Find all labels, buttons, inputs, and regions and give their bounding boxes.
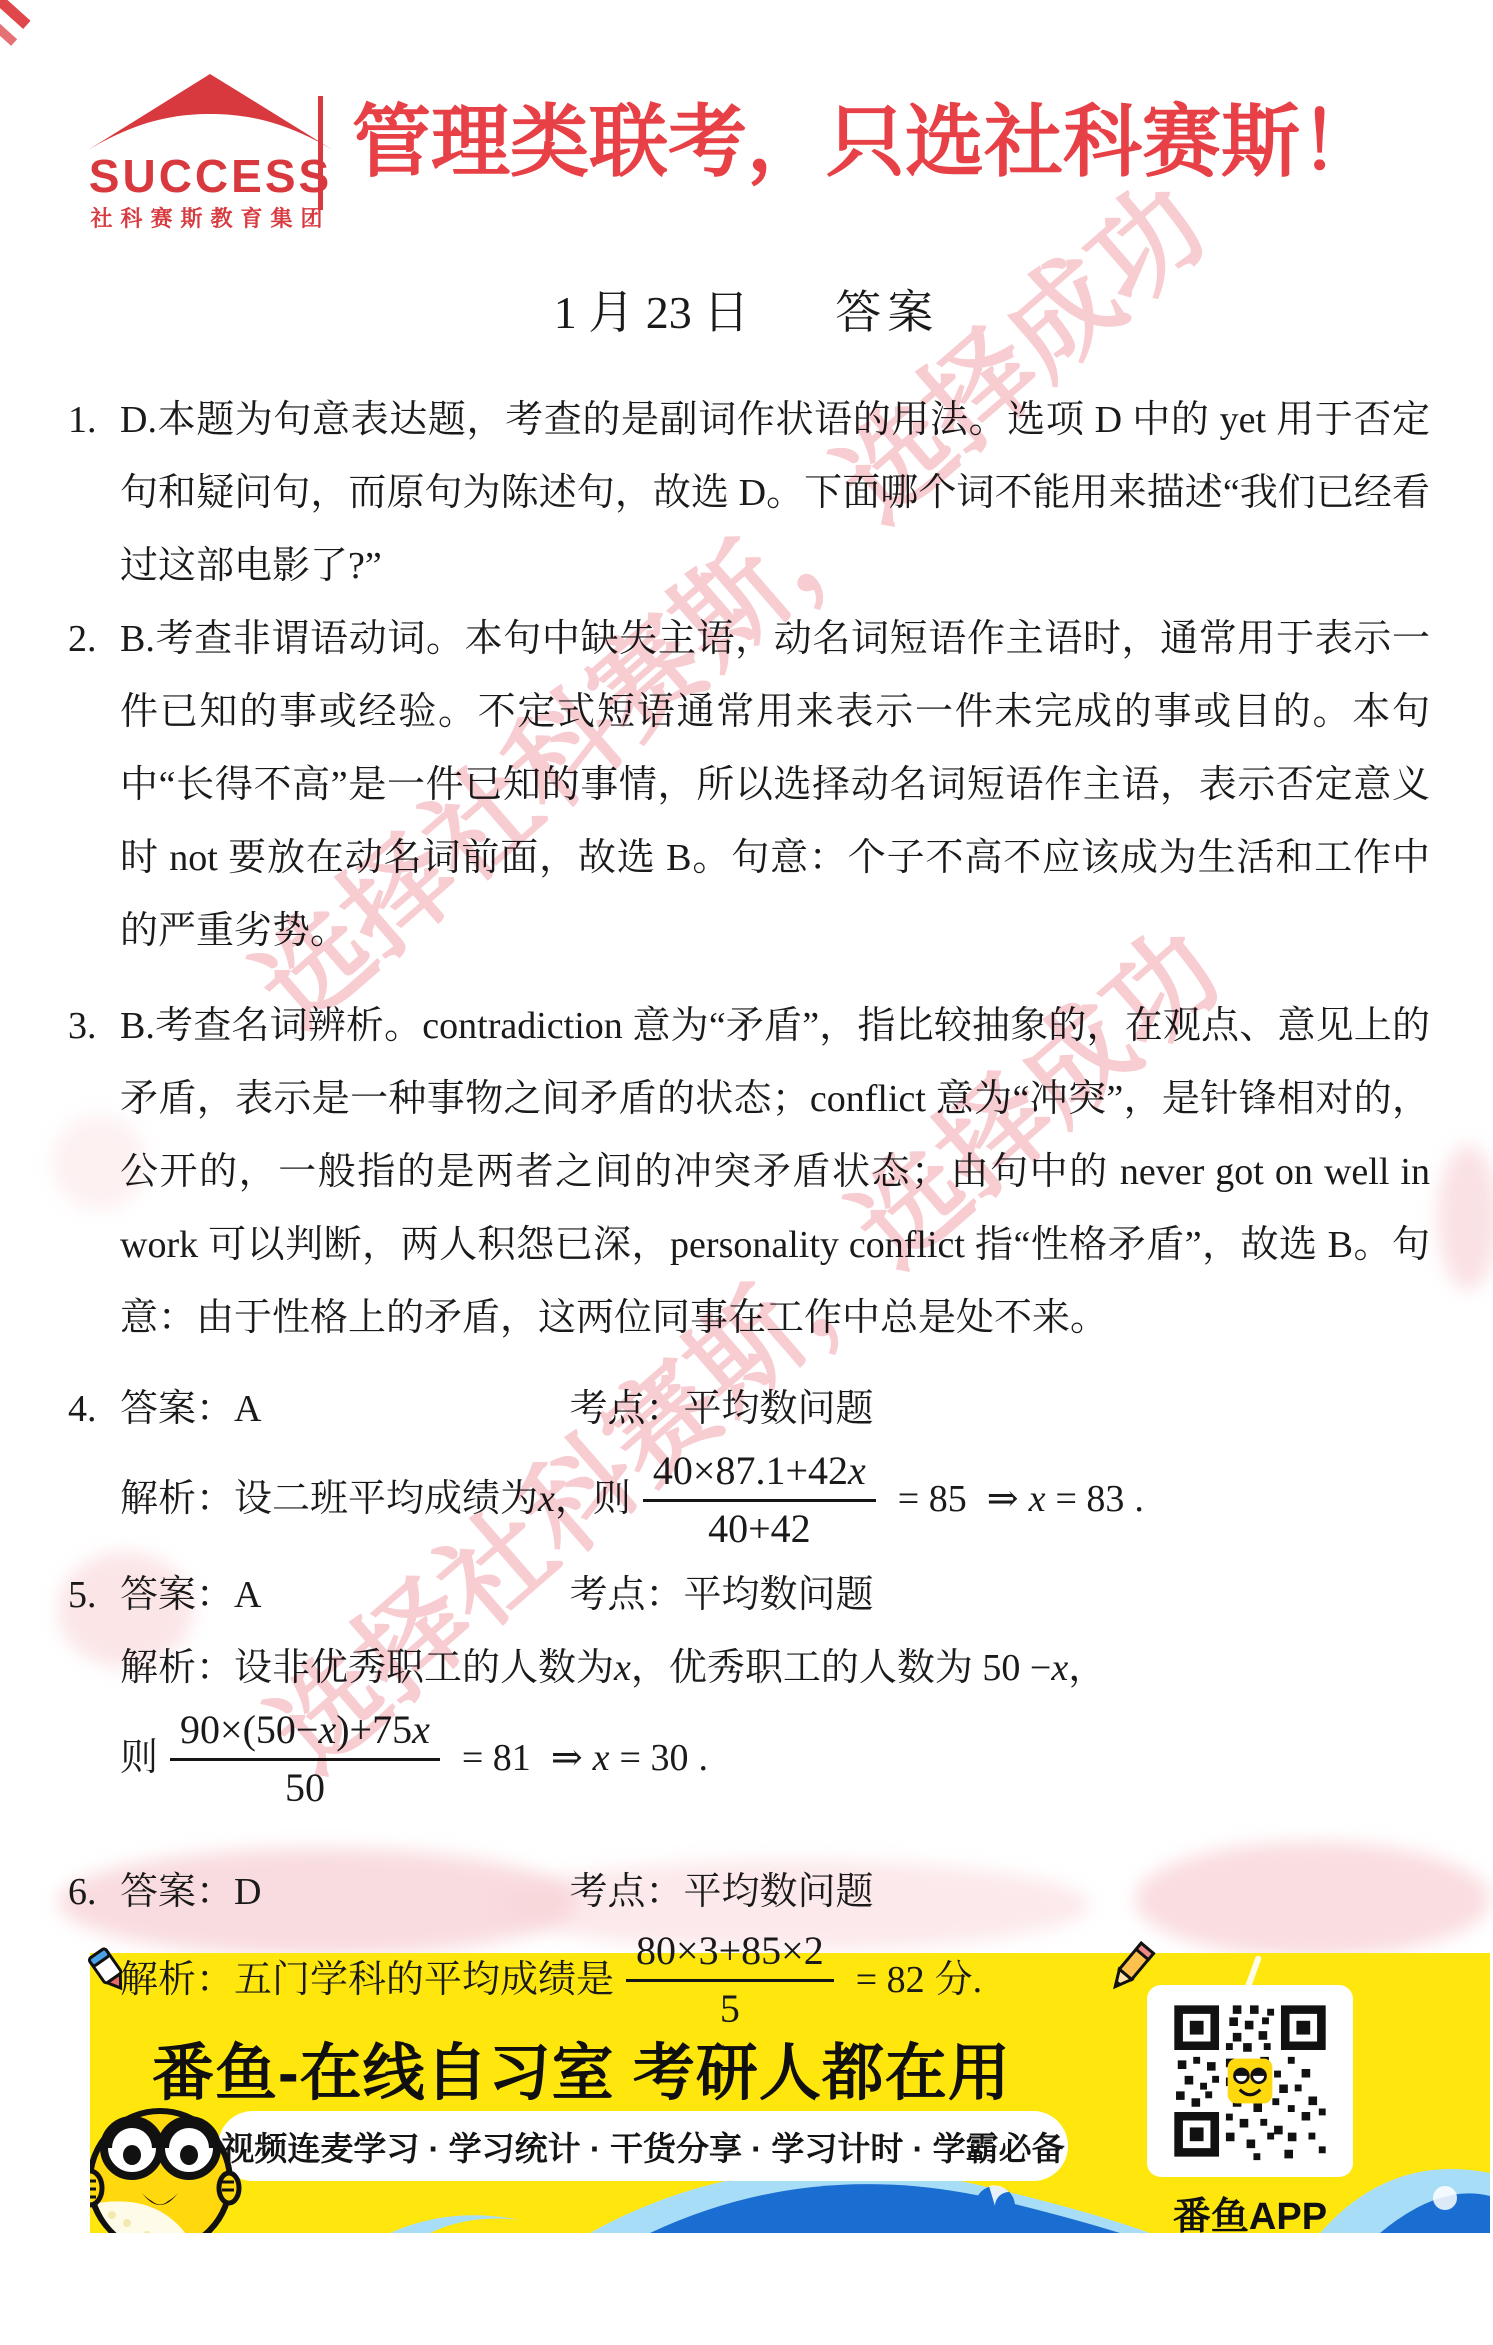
corner-brush-mark xyxy=(0,0,31,29)
answer-item-1: 1. D.本题为句意表达题，考查的是副词作状语的用法。选项 D 中的 yet 用… xyxy=(68,384,1430,603)
math-variable: x xyxy=(1029,1477,1046,1523)
solution-formula: 解析：设二班平均成绩为 x ，则 40×87.1+42x 40+42 = 85 … xyxy=(120,1446,1430,1554)
math-variable: x xyxy=(848,1449,866,1494)
math-variable: x xyxy=(538,1477,555,1523)
item-text: D.本题为句意表达题，考查的是副词作状语的用法。选项 D 中的 yet 用于否定… xyxy=(120,384,1430,603)
fraction-denominator: 40+42 xyxy=(708,1502,811,1552)
solution-text: 解析：设二班平均成绩为 xyxy=(120,1477,538,1523)
fraction: 40×87.1+42x 40+42 xyxy=(643,1449,876,1552)
unit-label: 分 xyxy=(935,1958,973,2004)
qr-caption: 番鱼APP xyxy=(1147,2185,1353,2233)
item-number: 3. xyxy=(68,990,120,1063)
fraction-denominator: 50 xyxy=(285,1761,325,1811)
period: . xyxy=(973,1958,983,2004)
title-label: 答案 xyxy=(835,276,939,342)
answer-label: 答案：D xyxy=(120,1856,560,1929)
item-number: 4. xyxy=(68,1373,120,1446)
answer-label: 答案：A xyxy=(120,1373,560,1446)
fraction-numerator: 40×87.1+42 xyxy=(653,1449,848,1494)
crayon-icon xyxy=(86,1944,130,1996)
fraction: 90×(50−x)+75x 50 xyxy=(170,1708,440,1811)
answer-item-2: 2. B.考查非谓语动词。本句中缺失主语，动名词短语作主语时，通常用于表示一件已… xyxy=(68,603,1430,968)
solution-formula: 解析：五门学科的平均成绩是 80×3+85×2 5 = 82 分 . xyxy=(120,1929,1430,2032)
answer-item-5: 5. 答案：A 考点：平均数问题 解析：设非优秀职工的人数为x，优秀职工的人数为… xyxy=(68,1559,1430,1813)
solution-formula: 则 90×(50−x)+75x 50 = 81 ⇒ x = 30 . xyxy=(120,1705,1430,1813)
fraction-numerator: 80×3+85×2 xyxy=(636,1929,824,1974)
solution-text: 解析：设非优秀职工的人数为 xyxy=(120,1647,614,1689)
pencil-icon xyxy=(1098,1938,1162,2000)
success-logo: SUCCESS 社科赛斯教育集团 xyxy=(88,72,333,233)
implies-arrow: ⇒ xyxy=(987,1477,1019,1523)
page-title: 1 月 23 日 答案 xyxy=(0,276,1493,342)
answer-item-4: 4. 答案：A 考点：平均数问题 解析：设二班平均成绩为 x ，则 40×87.… xyxy=(68,1373,1430,1554)
logo-roof-icon xyxy=(88,72,333,160)
logo-brand-subtitle: 社科赛斯教育集团 xyxy=(88,202,333,233)
item-number: 2. xyxy=(68,603,120,676)
implies-arrow: ⇒ xyxy=(551,1736,583,1782)
period: . xyxy=(698,1736,708,1782)
math-operator: = 81 xyxy=(462,1736,531,1782)
header-slogan: 管理类联考，只选社科赛斯！ xyxy=(352,100,1492,184)
math-operator: = 30 xyxy=(620,1736,689,1782)
solution-text: 则 xyxy=(120,1736,158,1782)
math-variable: x xyxy=(412,1708,430,1753)
solution-text: ，则 xyxy=(555,1477,631,1523)
topic-label: 考点：平均数问题 xyxy=(570,1388,874,1430)
answers-list: 1. D.本题为句意表达题，考查的是副词作状语的用法。选项 D 中的 yet 用… xyxy=(68,384,1430,2032)
banner-features: 视频连麦学习 · 学习统计 · 干货分享 · 学习计时 · 学霸必备 xyxy=(218,2111,1068,2181)
fraction-numerator: 90×(50− xyxy=(180,1708,318,1753)
item-number: 1. xyxy=(68,384,120,457)
math-variable: x xyxy=(614,1647,631,1689)
item-number: 5. xyxy=(68,1559,120,1632)
watercolor-splotch xyxy=(1438,1145,1493,1290)
fraction-numerator: )+75 xyxy=(336,1708,412,1753)
logo-brand-text: SUCCESS xyxy=(88,154,333,198)
math-operator: = 82 xyxy=(856,1958,925,2004)
answer-label: 答案：A xyxy=(120,1559,560,1632)
math-variable: x xyxy=(318,1708,336,1753)
solution-text: 解析：五门学科的平均成绩是 xyxy=(120,1958,614,2004)
solution-text: ， xyxy=(1068,1647,1106,1689)
fraction: 80×3+85×2 5 xyxy=(626,1929,834,2032)
item-text: B.考查名词辨析。contradiction 意为“矛盾”，指比较抽象的，在观点… xyxy=(120,990,1430,1355)
topic-label: 考点：平均数问题 xyxy=(570,1871,874,1913)
answer-item-3: 3. B.考查名词辨析。contradiction 意为“矛盾”，指比较抽象的，… xyxy=(68,990,1430,1355)
header-divider xyxy=(318,96,323,210)
pufferfish-mascot-icon xyxy=(90,2093,242,2233)
period: . xyxy=(1134,1477,1144,1523)
item-text: B.考查非谓语动词。本句中缺失主语，动名词短语作主语时，通常用于表示一件已知的事… xyxy=(120,603,1430,968)
title-date: 1 月 23 日 xyxy=(554,276,750,342)
solution-text-line: 解析：设非优秀职工的人数为x，优秀职工的人数为 50 −x， xyxy=(120,1632,1430,1705)
answer-item-6: 6. 答案：D 考点：平均数问题 解析：五门学科的平均成绩是 80×3+85×2… xyxy=(68,1856,1430,2032)
topic-label: 考点：平均数问题 xyxy=(570,1574,874,1616)
corner-brush-mark xyxy=(0,19,17,46)
math-operator: = 85 xyxy=(898,1477,967,1523)
solution-text: ，优秀职工的人数为 50 − xyxy=(631,1647,1051,1689)
fraction-denominator: 5 xyxy=(720,1982,740,2032)
math-operator: = 83 xyxy=(1055,1477,1124,1523)
item-number: 6. xyxy=(68,1856,120,1929)
math-variable: x xyxy=(1051,1647,1068,1689)
banner-title: 番鱼-在线自习室 考研人都在用 xyxy=(152,2023,1011,2112)
math-variable: x xyxy=(593,1736,610,1782)
